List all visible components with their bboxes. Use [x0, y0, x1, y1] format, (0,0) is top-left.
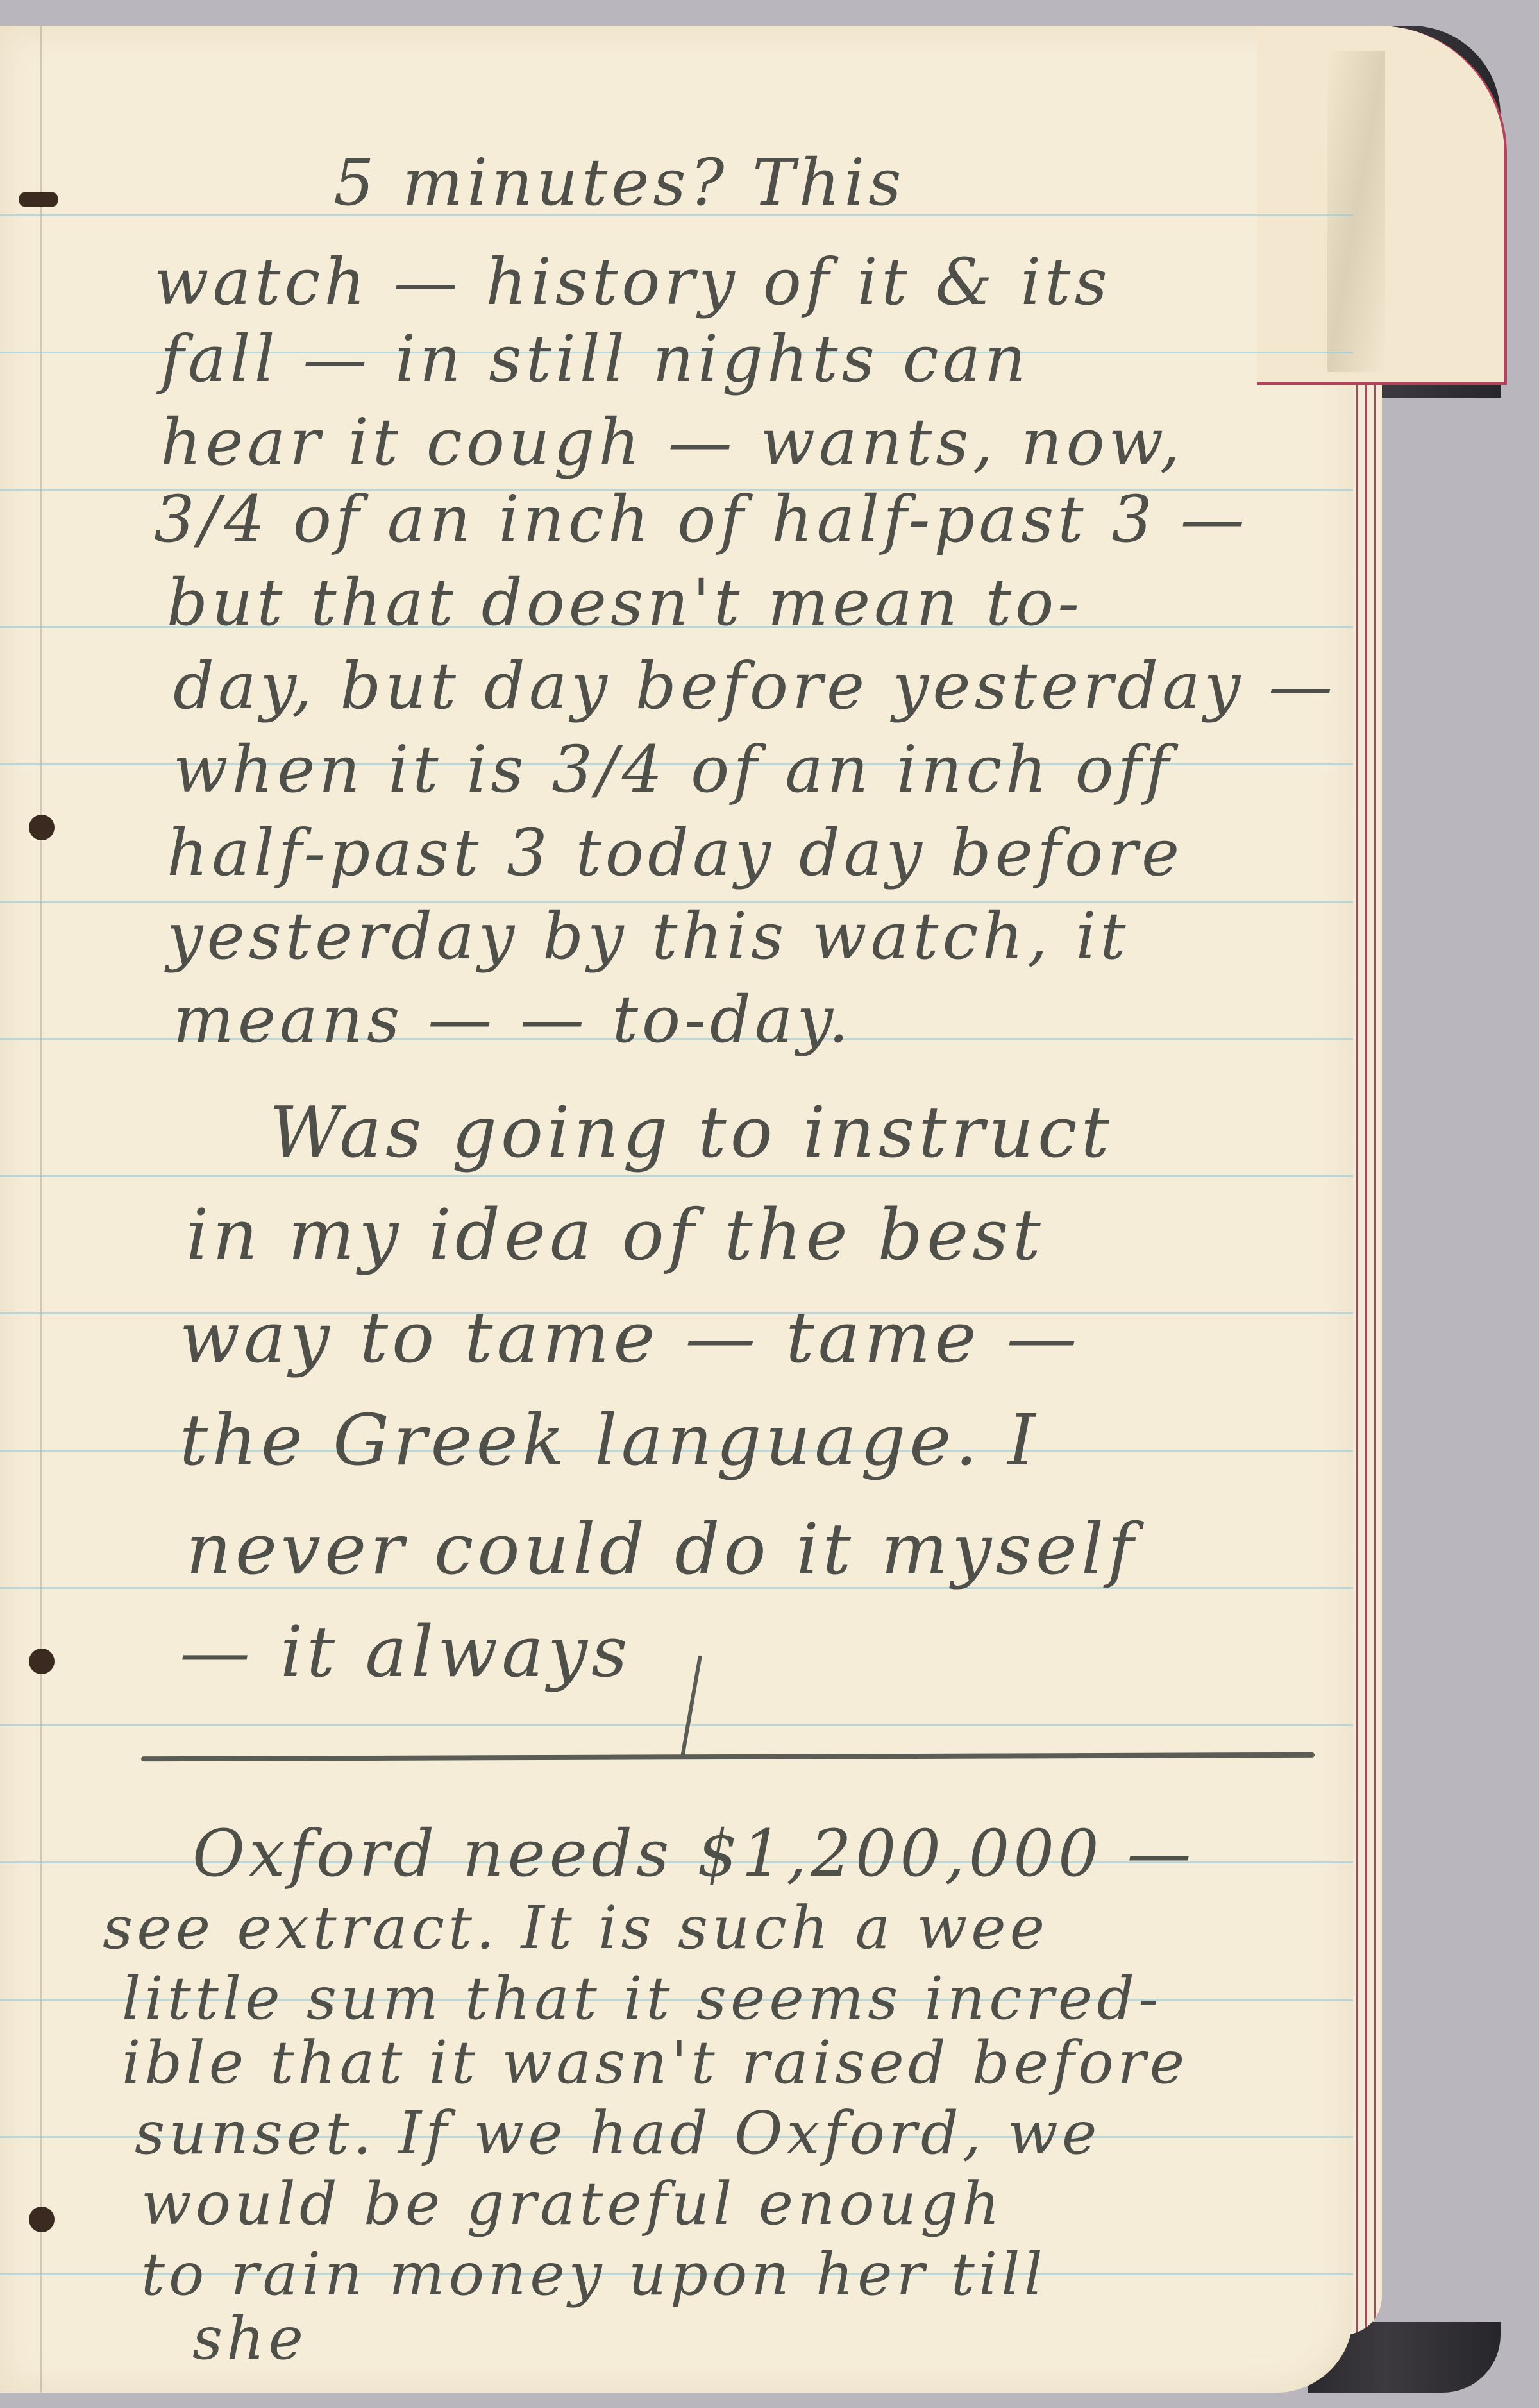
binding-hole [29, 1649, 55, 1674]
handwritten-line: way to tame — tame — [180, 1302, 1081, 1373]
handwritten-line: would be grateful enough [141, 2175, 1004, 2234]
handwritten-line: never could do it myself [186, 1514, 1138, 1584]
handwritten-line: sunset. If we had Oxford, we [135, 2104, 1100, 2163]
background-gap [1372, 398, 1539, 2322]
handwritten-line: watch — history of it & its [154, 250, 1111, 314]
handwritten-line: fall — in still nights can [160, 327, 1030, 391]
handwritten-line: in my idea of the best [186, 1200, 1045, 1270]
handwritten-line: 3/4 of an inch of half-past 3 — [154, 488, 1249, 552]
handwritten-line: but that doesn't mean to- [167, 571, 1083, 635]
binding-margin-line [40, 26, 42, 2393]
handwritten-line: Was going to instruct [269, 1097, 1113, 1167]
handwritten-line: she [192, 2309, 307, 2368]
handwritten-line: see extract. It is such a wee [103, 1899, 1048, 1958]
binding-hole [29, 2207, 55, 2232]
handwritten-line: hear it cough — wants, now, [160, 411, 1184, 475]
page-fold-crease [1327, 51, 1385, 372]
handwritten-line: to rain money upon her till [141, 2245, 1047, 2304]
binding-hole [29, 815, 55, 840]
ruled-line [0, 1724, 1353, 1726]
handwritten-line: day, but day before yesterday — [173, 654, 1336, 718]
handwritten-line: when it is 3/4 of an inch off [173, 738, 1173, 802]
handwritten-line: — it always [180, 1616, 631, 1687]
handwritten-line: little sum that it seems incred- [122, 1969, 1162, 2028]
handwritten-line: Oxford needs $1,200,000 — [192, 1822, 1195, 1886]
handwritten-line: half-past 3 today day before [167, 821, 1183, 885]
handwritten-line: means — — to-day. [173, 988, 853, 1052]
handwritten-line: the Greek language. I [180, 1405, 1039, 1475]
handwritten-line: ible that it wasn't raised before [122, 2033, 1188, 2092]
ruled-line [0, 1175, 1353, 1177]
handwritten-line: yesterday by this watch, it [167, 904, 1130, 969]
binding-hole [19, 192, 58, 207]
background [0, 2393, 1539, 2408]
handwritten-line: 5 minutes? This [333, 151, 905, 215]
